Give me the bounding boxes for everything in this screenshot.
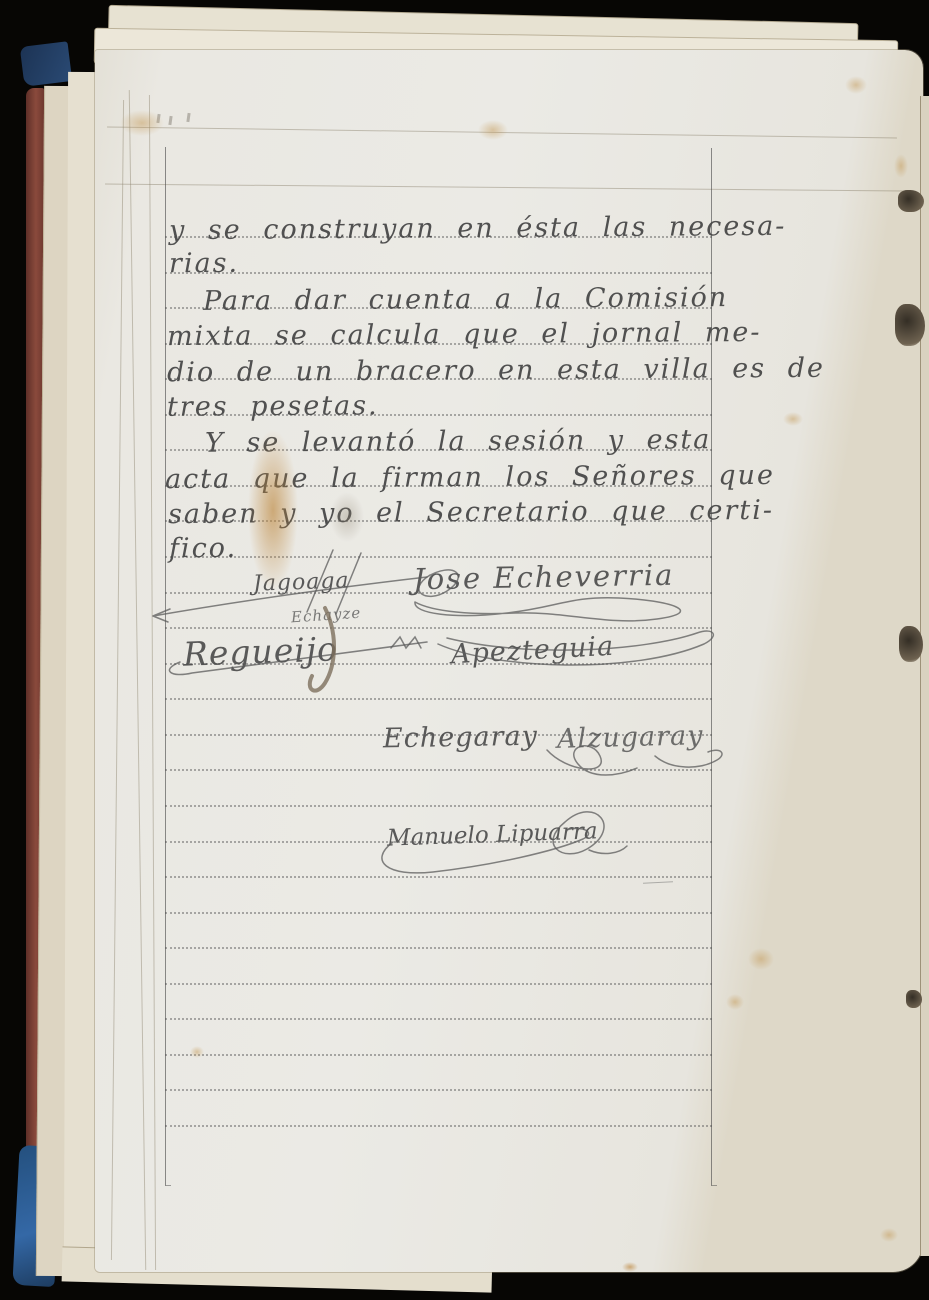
ruled-line [165, 627, 712, 629]
foxing-streak [248, 430, 298, 590]
book-cover-blue-corner-top [20, 41, 73, 87]
faint-pencil-dash [643, 881, 673, 884]
signature-echegaray: Echegaray [383, 721, 538, 755]
page-crease [129, 90, 146, 1270]
manuscript-line: tres pesetas. [167, 392, 379, 420]
ruled-line [165, 983, 712, 985]
foxing-stain [120, 110, 164, 136]
foxing-stain [748, 948, 774, 970]
torn-paper-fragment [898, 190, 924, 212]
manuscript-line: dio de un bracero en esta villa es de [167, 355, 825, 387]
rubric-regueijo-zigzag [391, 637, 421, 648]
foxing-stain [783, 412, 803, 426]
ruled-line [165, 1125, 712, 1127]
ruled-line [165, 805, 712, 807]
manuscript-line: y se construyan en ésta las necesa- [169, 213, 787, 244]
manuscript-line: Para dar cuenta a la Comisión [203, 284, 728, 315]
page-crease [149, 95, 156, 1270]
ruled-line [165, 1054, 712, 1056]
manuscript-line: fico. [169, 535, 237, 562]
torn-paper-fragment [906, 990, 922, 1008]
signature-echeverria: Jose Echeverria [413, 558, 675, 597]
ruled-line [165, 1018, 712, 1020]
foxing-stain [190, 1046, 204, 1058]
signature-illegible: Manuelo Lipuarra [387, 818, 598, 851]
page-crease [111, 100, 124, 1260]
ruled-line [165, 769, 712, 771]
ruled-line [165, 272, 712, 274]
ruled-line [165, 1089, 712, 1091]
ruled-line [165, 947, 712, 949]
torn-paper-fragment [899, 626, 923, 662]
book-photo: y se construyan en ésta las necesa- rias… [0, 0, 929, 1300]
ruled-line [165, 912, 712, 914]
torn-paper-fragment [895, 304, 925, 346]
foxing-stain [894, 154, 908, 178]
foxing-stain [726, 994, 744, 1010]
signature-alzugaray: Alzugaray [557, 720, 704, 755]
left-margin-line [165, 147, 166, 1186]
manuscript-line: rias. [169, 250, 239, 277]
rubric-echeverria [415, 598, 681, 621]
page-crease [105, 184, 905, 192]
foxing-stain [845, 76, 867, 94]
ruled-line [165, 876, 712, 878]
foxing-stain [880, 1228, 898, 1242]
manuscript-page: y se construyan en ésta las necesa- rias… [95, 50, 923, 1272]
signature-echayze: Echayze [290, 604, 361, 627]
foxing-stain [622, 1262, 638, 1272]
gray-smudge [330, 492, 364, 542]
pencil-mark [168, 116, 172, 125]
foxing-stain [478, 120, 508, 140]
signature-regueijo: Regueijo [182, 629, 338, 673]
ruled-line [165, 698, 712, 700]
adjacent-page-edge [920, 96, 929, 1256]
manuscript-line: mixta se calcula que el jornal me- [167, 319, 762, 350]
pencil-mark [186, 113, 190, 122]
